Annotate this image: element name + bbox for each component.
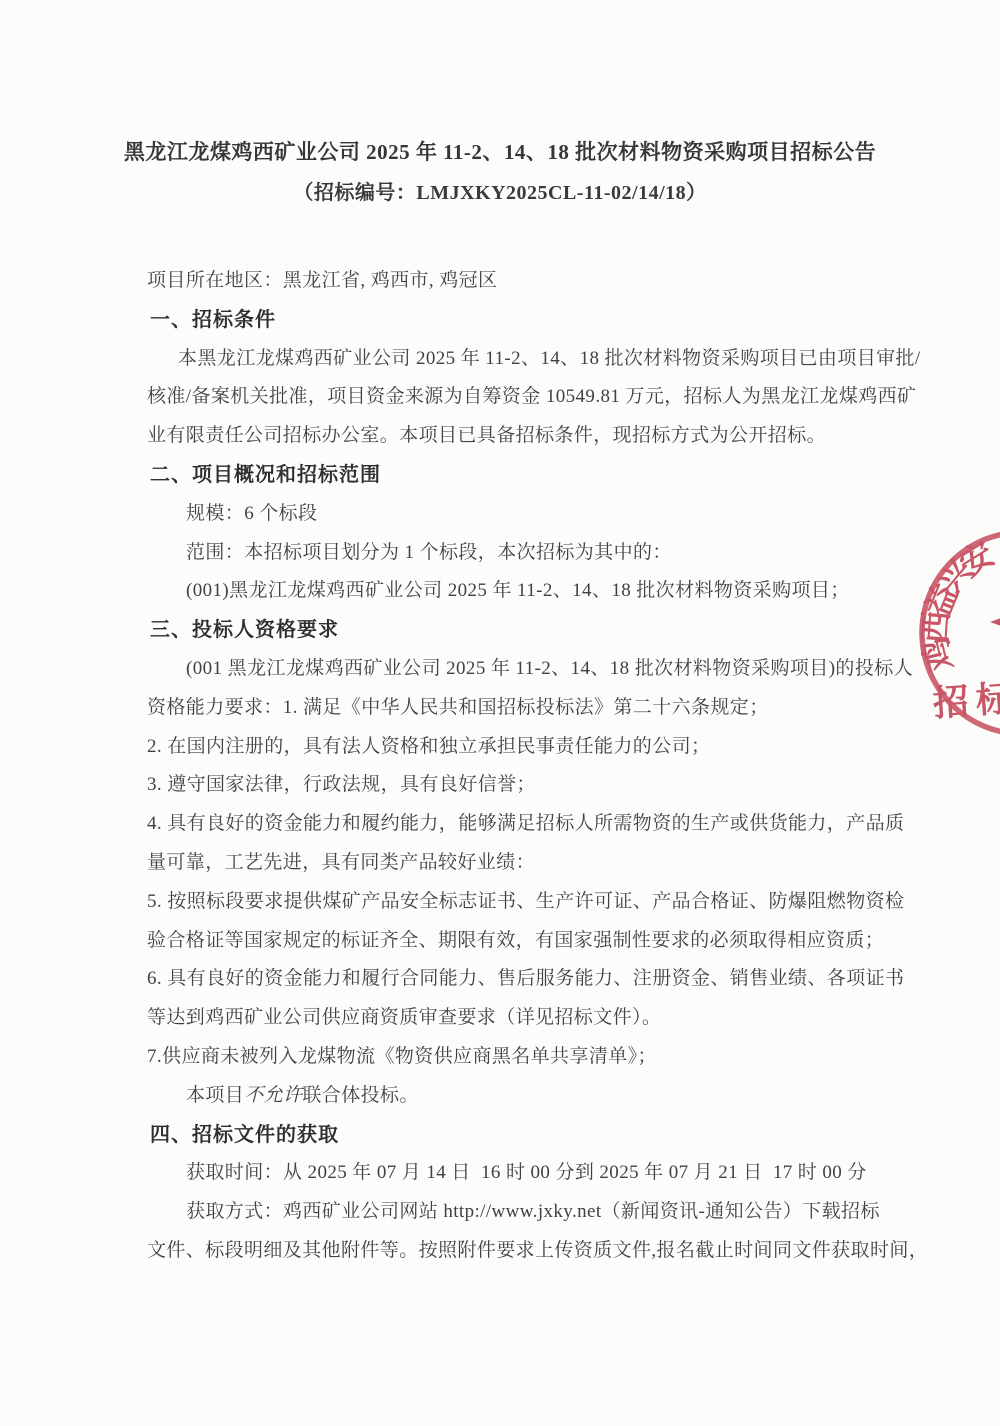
text-line: 核准/备案机关批准，项目资金来源为自筹资金 10549.81 万元，招标人为黑龙…	[0, 378, 1000, 417]
scope-line: 范围：本招标项目划分为 1 个标段，本次招标为其中的：	[0, 534, 1000, 573]
text-line: 6. 具有良好的资金能力和履行合同能力、售后服务能力、注册资金、销售业绩、各项证…	[0, 960, 1000, 999]
text-line: 5. 按照标段要求提供煤矿产品安全标志证书、生产许可证、产品合格证、防爆阻燃物资…	[0, 883, 1000, 922]
text-line: 7.供应商未被列入龙煤物流《物资供应商黑名单共享清单》；	[0, 1038, 1000, 1077]
document-body: 项目所在地区：黑龙江省, 鸡西市, 鸡冠区 一、招标条件 本黑龙江龙煤鸡西矿业公…	[0, 262, 1000, 1271]
no-joint-bid-post: 联合体投标。	[302, 1085, 418, 1106]
text-line: 文件、标段明细及其他附件等。按照附件要求上传资质文件,报名截止时间同文件获取时间…	[0, 1232, 1000, 1271]
text-line: 资格能力要求：1. 满足《中华人民共和国招标投标法》第二十六条规定；	[0, 689, 1000, 728]
text-line: 量可靠，工艺先进，具有同类产品较好业绩：	[0, 844, 1000, 883]
project-location-line: 项目所在地区：黑龙江省, 鸡西市, 鸡冠区	[0, 262, 1000, 301]
scale-line: 规模：6 个标段	[0, 495, 1000, 534]
text-line: 本黑龙江龙煤鸡西矿业公司 2025 年 11-2、14、18 批次材料物资采购项…	[0, 340, 1000, 379]
section-heading-3: 三、投标人资格要求	[0, 611, 1000, 650]
text-line: 4. 具有良好的资金能力和履约能力，能够满足招标人所需物资的生产或供货能力，产品…	[0, 805, 1000, 844]
text-line: 验合格证等国家规定的标证齐全、期限有效，有国家强制性要求的必须取得相应资质；	[0, 922, 1000, 961]
text-line: (001 黑龙江龙煤鸡西矿业公司 2025 年 11-2、14、18 批次材料物…	[0, 650, 1000, 689]
text-line: 2. 在国内注册的，具有法人资格和独立承担民事责任能力的公司；	[0, 728, 1000, 767]
text-line: 3. 遵守国家法律，行政法规，具有良好信誉；	[0, 766, 1000, 805]
document-title: 黑龙江龙煤鸡西矿业公司 2025 年 11-2、14、18 批次材料物资采购项目…	[0, 136, 1000, 166]
no-joint-bid-line: 本项目不允许联合体投标。	[0, 1077, 1000, 1116]
scanned-document-page: 黑龙江龙煤鸡西矿业公司 2025 年 11-2、14、18 批次材料物资采购项目…	[0, 0, 1000, 1426]
no-joint-bid-pre: 本项目	[186, 1085, 244, 1106]
text-line: 等达到鸡西矿业公司供应商资质审查要求（详见招标文件）。	[0, 999, 1000, 1038]
obtain-method-line: 获取方式：鸡西矿业公司网站 http://www.jxky.net（新闻资讯-通…	[0, 1193, 1000, 1232]
section-heading-4: 四、招标文件的获取	[0, 1116, 1000, 1155]
section-heading-1: 一、招标条件	[0, 301, 1000, 340]
text-line: 业有限责任公司招标办公室。本项目已具备招标条件，现招标方式为公开招标。	[0, 417, 1000, 456]
no-joint-bid-emphasis: 不允许	[244, 1085, 302, 1106]
obtain-time-line: 获取时间：从 2025 年 07 月 14 日 16 时 00 分到 2025 …	[0, 1154, 1000, 1193]
tender-number: （招标编号：LMJXKY2025CL-11-02/14/18）	[0, 176, 1000, 205]
lot-line: (001)黑龙江龙煤鸡西矿业公司 2025 年 11-2、14、18 批次材料物…	[0, 572, 1000, 611]
section-heading-2: 二、项目概况和招标范围	[0, 456, 1000, 495]
